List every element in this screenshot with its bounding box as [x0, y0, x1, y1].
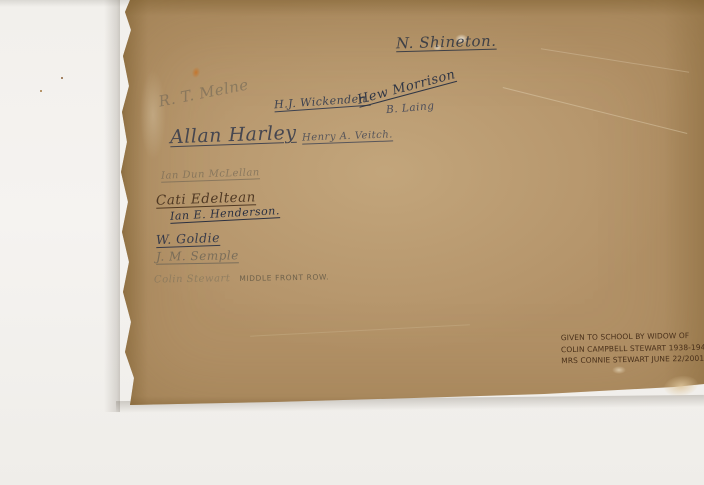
donation-note-line: MRS CONNIE STEWART JUNE 22/2001	[561, 353, 703, 367]
signature-goldie: W. Goldie	[156, 230, 221, 247]
signature-shineton: N. Shineton.	[396, 32, 497, 53]
donation-note: GIVEN TO SCHOOL BY WIDOW OF COLIN CAMPBE…	[561, 330, 704, 367]
signature-semple: J. M. Semple	[156, 248, 239, 263]
scanned-photo-back: N. Shineton. R. T. Melne H.J. Wickenden.…	[0, 0, 704, 485]
position-caption: MIDDLE FRONT ROW.	[239, 272, 329, 283]
signature-stewart: Colin Stewart	[154, 273, 230, 285]
signature-harley: Allan Harley	[170, 122, 297, 148]
card-shadow	[104, 0, 120, 412]
dust-speck	[61, 77, 63, 79]
dust-speck	[40, 90, 42, 92]
